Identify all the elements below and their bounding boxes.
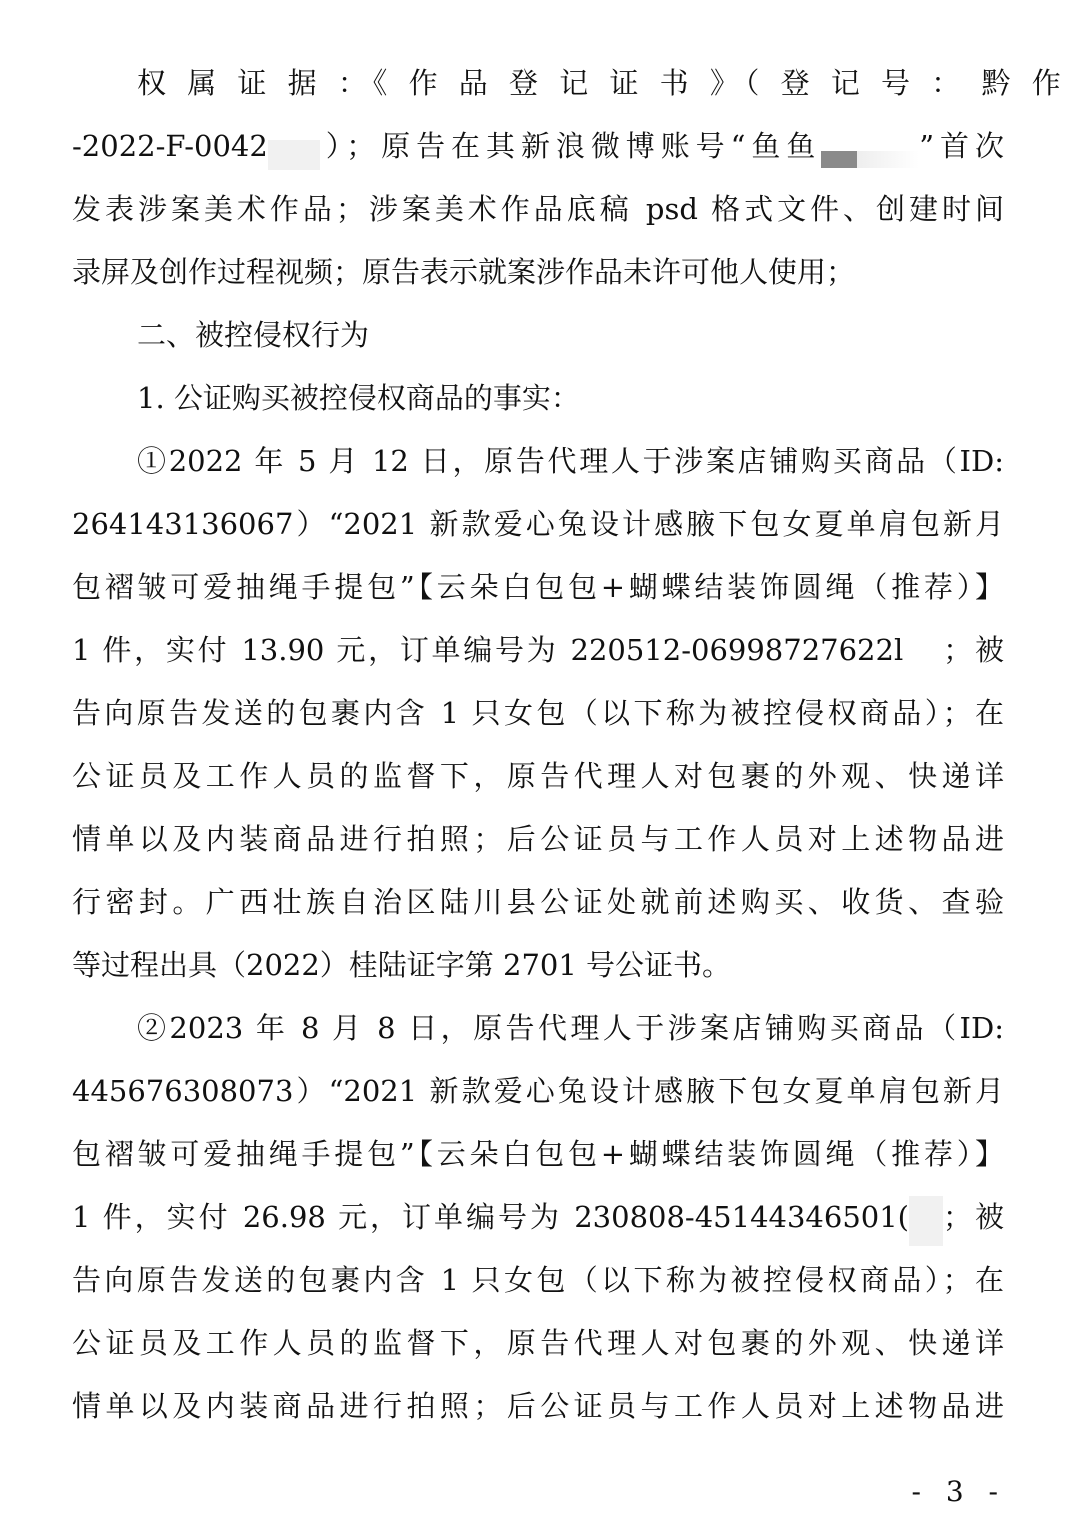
order-number-text: 1 件，实付 26.98 元，订单编号为 230808-45144346501( <box>72 1200 909 1234</box>
text-line: 权 属 证 据 ：《 作 品 登 记 证 书 》（ 登 记 号 ： 黔 作 登 … <box>72 52 1004 115</box>
text-line: 录屏及创作过程视频；原告表示就案涉作品未许可他人使用； <box>72 241 1004 304</box>
text-line: -2022-F-0042）；原告在其新浪微博账号“鱼鱼”首次 <box>72 115 1004 178</box>
text-line: 公证员及工作人员的监督下，原告代理人对包裹的外观、快递详 <box>72 745 1004 808</box>
registration-number-text: -2022-F-0042 <box>72 129 268 163</box>
text-line: 包褶皱可爱抽绳手提包”【云朵白包包+蝴蝶结装饰圆绳（推荐）】 <box>72 1123 1004 1186</box>
text-line: 1 件，实付 26.98 元，订单编号为 230808-45144346501(… <box>72 1186 1004 1249</box>
redaction-block <box>903 644 943 674</box>
text-line: ②2023 年 8 月 8 日，原告代理人于涉案店铺购买商品（ID: <box>72 997 1004 1060</box>
subsection-heading: 1. 公证购买被控侵权商品的事实： <box>72 367 1004 430</box>
text-line: 公证员及工作人员的监督下，原告代理人对包裹的外观、快递详 <box>72 1312 1004 1375</box>
text-segment: ；被 <box>943 1200 1004 1234</box>
text-line: 等过程出具（2022）桂陆证字第 2701 号公证书。 <box>72 934 1004 997</box>
redaction-block <box>857 151 919 168</box>
text-line: 行密封。广西壮族自治区陆川县公证处就前述购买、收货、查验 <box>72 871 1004 934</box>
text-line: 发表涉案美术作品；涉案美术作品底稿 psd 格式文件、创建时间 <box>72 178 1004 241</box>
section-heading: 二、被控侵权行为 <box>72 304 1004 367</box>
text-line: 告向原告发送的包裹内含 1 只女包（以下称为被控侵权商品）；在 <box>72 1249 1004 1312</box>
redaction-block <box>268 140 320 170</box>
page-number: - 3 - <box>911 1476 1006 1508</box>
text-line: 445676308073）“2021 新款爱心兔设计感腋下包女夏单肩包新月 <box>72 1060 1004 1123</box>
redaction-block <box>909 1196 943 1246</box>
text-segment: ”首次 <box>919 129 1004 163</box>
document-page: 权 属 证 据 ：《 作 品 登 记 证 书 》（ 登 记 号 ： 黔 作 登 … <box>72 52 1004 1438</box>
text-segment: ）；原告在其新浪微博账号“鱼鱼 <box>320 129 821 163</box>
text-line: ①2022 年 5 月 12 日，原告代理人于涉案店铺购买商品（ID: <box>72 430 1004 493</box>
text-segment: ；被 <box>943 633 1004 667</box>
text-line: 264143136067）“2021 新款爱心兔设计感腋下包女夏单肩包新月 <box>72 493 1004 556</box>
redaction-block <box>821 151 857 168</box>
text-line: 情单以及内装商品进行拍照；后公证员与工作人员对上述物品进 <box>72 808 1004 871</box>
text-line: 1 件，实付 13.90 元，订单编号为 220512-06998727622l… <box>72 619 1004 682</box>
text-line: 包褶皱可爱抽绳手提包”【云朵白包包+蝴蝶结装饰圆绳（推荐）】 <box>72 556 1004 619</box>
text-line: 告向原告发送的包裹内含 1 只女包（以下称为被控侵权商品）；在 <box>72 682 1004 745</box>
text-line: 情单以及内装商品进行拍照；后公证员与工作人员对上述物品进 <box>72 1375 1004 1438</box>
order-number-text: 1 件，实付 13.90 元，订单编号为 220512-06998727622l <box>72 633 903 667</box>
